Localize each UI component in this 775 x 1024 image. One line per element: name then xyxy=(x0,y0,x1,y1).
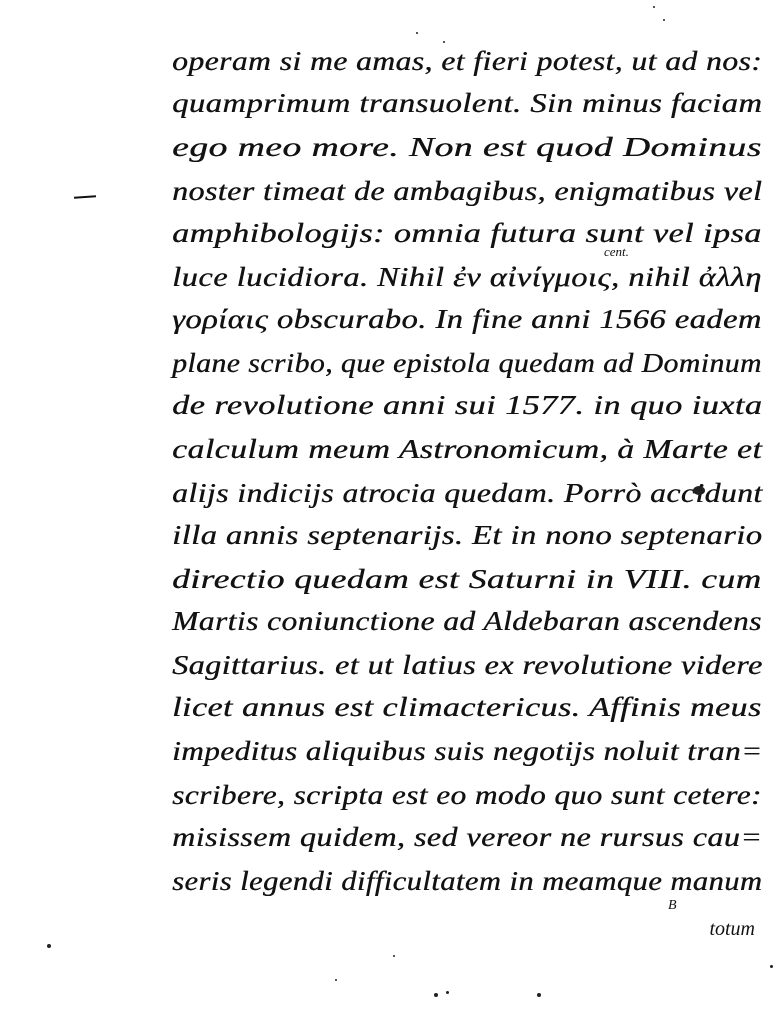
manuscript-line-5: amphibologijs: omnia futura sunt vel ips… xyxy=(172,218,762,249)
scan-speck xyxy=(335,979,337,981)
manuscript-line-13: directio quedam est Saturni in VIII. cum xyxy=(172,564,762,595)
manuscript-line-1: operam si me amas, et fieri potest, ut a… xyxy=(172,46,762,77)
manuscript-line-19: misissem quidem, sed vereor ne rursus ca… xyxy=(172,822,762,853)
manuscript-line-17: impeditus aliquibus suis negotijs noluit… xyxy=(172,736,762,767)
manuscript-line-3: ego meo more. Non est quod Dominus xyxy=(172,132,762,163)
manuscript-line-12: illa annis septenarijs. Et in nono septe… xyxy=(172,520,762,551)
manuscript-line-15: Sagittarius. et ut latius ex revolutione… xyxy=(172,650,763,681)
scan-speck xyxy=(537,993,541,997)
manuscript-line-2: quamprimum transuolent. Sin minus faciam xyxy=(172,88,762,119)
manuscript-line-18: scribere, scripta est eo modo quo sunt c… xyxy=(172,780,762,811)
manuscript-line-8: plane scribo, que epistola quedam ad Dom… xyxy=(172,348,762,379)
scan-speck xyxy=(446,991,449,994)
catchword: totum xyxy=(709,918,755,941)
manuscript-line-11: alijs indicijs atrocia quedam. Porrò acc… xyxy=(172,478,763,509)
scan-speck xyxy=(434,993,438,997)
scan-speck xyxy=(416,32,418,34)
scan-speck xyxy=(770,965,773,968)
signature-mark: B xyxy=(668,898,677,914)
scan-speck xyxy=(663,19,665,21)
manuscript-page: operam si me amas, et fieri potest, ut a… xyxy=(0,0,775,1024)
margin-dash-mark xyxy=(74,195,96,199)
manuscript-line-6: luce lucidiora. Nihil ἐν αἰνίγμοις, nihi… xyxy=(172,262,762,293)
scan-speck xyxy=(653,6,655,8)
manuscript-line-7: γορίαις obscurabo. In fine anni 1566 ead… xyxy=(172,304,762,335)
interlinear-insertion: cent. xyxy=(604,244,629,260)
manuscript-line-4: noster timeat de ambagibus, enigmatibus … xyxy=(172,176,762,207)
manuscript-line-20: seris legendi difficultatem in meamque m… xyxy=(172,866,762,897)
manuscript-line-16: licet annus est climactericus. Affinis m… xyxy=(172,692,762,723)
scan-speck xyxy=(443,41,445,43)
scan-speck xyxy=(393,955,395,957)
ink-blot xyxy=(693,486,705,495)
manuscript-line-14: Martis coniunctione ad Aldebaran ascende… xyxy=(172,606,762,637)
scan-speck xyxy=(47,944,51,948)
manuscript-line-10: calculum meum Astronomicum, à Marte et xyxy=(172,434,762,465)
manuscript-line-9: de revolutione anni sui 1577. in quo iux… xyxy=(172,390,762,421)
